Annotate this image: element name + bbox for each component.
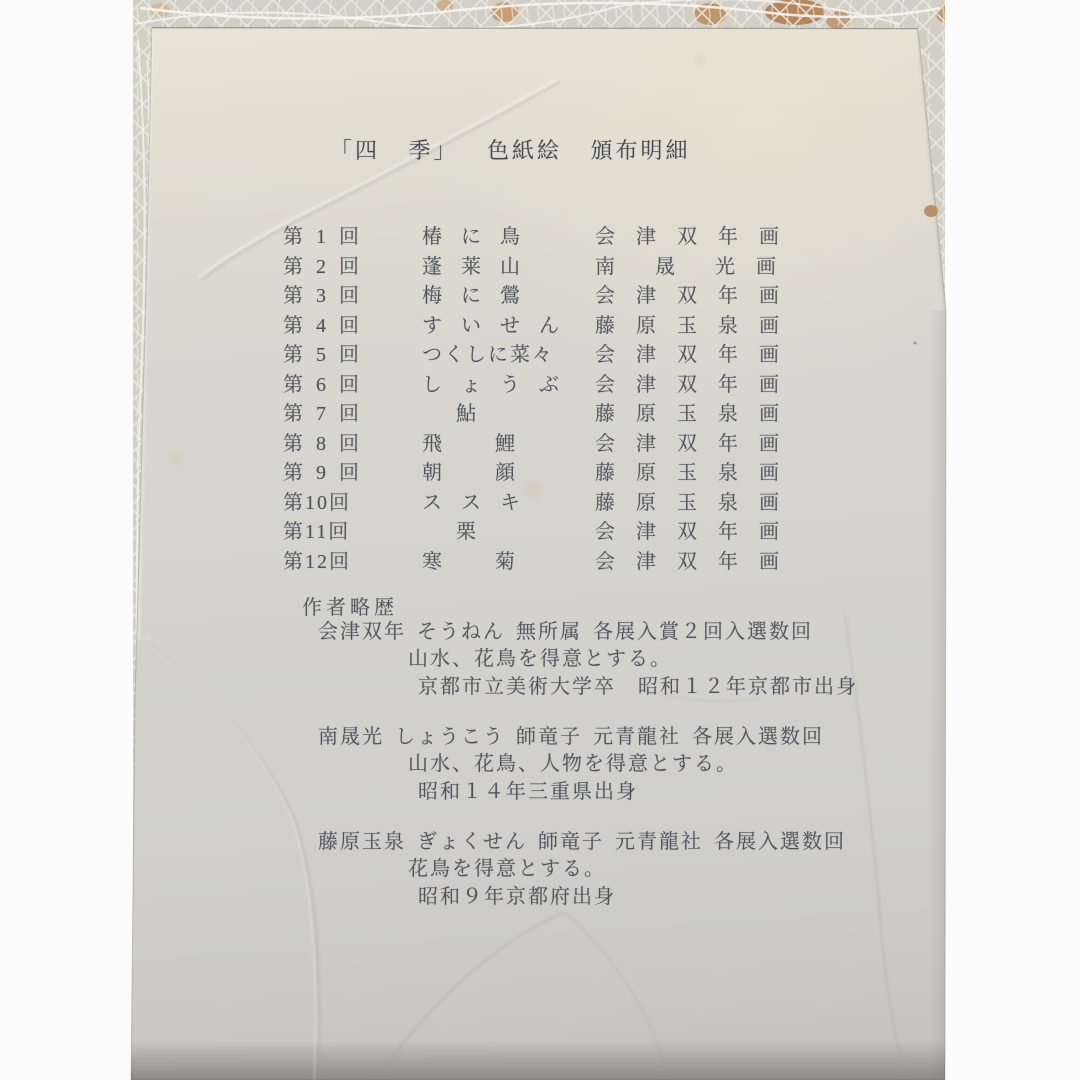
table-row: 第12回寒 菊会 津 双 年 画 (283, 545, 803, 575)
artist-name: 会 津 双 年 画 (595, 515, 781, 544)
artwork-title: し ょ う ぶ (422, 368, 595, 397)
artist-name: 藤 原 玉 泉 画 (595, 309, 781, 338)
artist-name: 会 津 双 年 画 (595, 427, 781, 456)
row-number: 第12回 (283, 545, 422, 574)
artwork-title: 寒 菊 (422, 545, 595, 574)
row-number: 第 2 回 (283, 250, 422, 279)
artist-bio: 南晟光 しょうこう 師竜子 元青龍社 各展入選数回 山水、花鳥、人物を得意とする… (318, 724, 824, 806)
artist-name: 藤 原 玉 泉 画 (595, 397, 781, 426)
artwork-title: 朝 顔 (422, 456, 595, 485)
table-row: 第 2 回蓬 莱 山南 晟 光 画 (283, 250, 803, 280)
bio-line-3: 京都市立美術大学卒 昭和１２年京都市出身 (418, 674, 858, 701)
artist-bio: 会津双年 そうねん 無所属 各展入賞２回入選数回 山水、花鳥を得意とする。 京都… (318, 619, 858, 701)
artist-bio: 藤原玉泉 ぎょくせん 師竜子 元青龍社 各展入選数回 花鳥を得意とする。 昭和９… (318, 829, 846, 911)
white-margin-left (0, 0, 133, 1080)
artist-name: 会 津 双 年 画 (595, 545, 781, 574)
artwork-title: つくしに菜々 (422, 338, 595, 367)
bio-line-2: 山水、花鳥、人物を得意とする。 (408, 751, 824, 778)
table-row: 第11回 栗会 津 双 年 画 (283, 515, 803, 545)
bio-line-3: 昭和１４年三重県出身 (418, 779, 824, 806)
artwork-title: 飛 鯉 (422, 427, 595, 456)
row-number: 第 8 回 (283, 427, 422, 456)
table-row: 第10回ス ス キ藤 原 玉 泉 画 (283, 486, 803, 516)
row-number: 第 9 回 (283, 456, 422, 485)
distribution-table: 第 1 回椿 に 鳥会 津 双 年 画 第 2 回蓬 莱 山南 晟 光 画 第 … (283, 220, 803, 574)
table-row: 第 6 回し ょ う ぶ会 津 双 年 画 (283, 368, 803, 398)
artist-name: 会 津 双 年 画 (595, 279, 781, 308)
bio-line-3: 昭和９年京都府出身 (418, 884, 846, 911)
row-number: 第11回 (283, 515, 422, 544)
artwork-title: 鮎 (422, 397, 595, 426)
artwork-title: す い せ ん (422, 309, 595, 338)
row-number: 第 5 回 (283, 338, 422, 367)
bio-line-1: 南晟光 しょうこう 師竜子 元青龍社 各展入選数回 (318, 724, 824, 751)
row-number: 第 4 回 (283, 309, 422, 338)
artist-name: 会 津 双 年 画 (595, 368, 781, 397)
table-row: 第 9 回朝 顔藤 原 玉 泉 画 (283, 456, 803, 486)
photo-of-document: 「四 季」 色紙絵 頒布明細 第 1 回椿 に 鳥会 津 双 年 画 第 2 回… (0, 0, 1080, 1080)
artwork-title: 梅 に 鶯 (422, 279, 595, 308)
bio-section-heading: 作者略歴 (302, 591, 398, 620)
table-row: 第 5 回つくしに菜々会 津 双 年 画 (283, 338, 803, 368)
row-number: 第 7 回 (283, 397, 422, 426)
table-row: 第 1 回椿 に 鳥会 津 双 年 画 (283, 220, 803, 250)
table-row: 第 4 回す い せ ん藤 原 玉 泉 画 (283, 309, 803, 339)
bio-line-1: 藤原玉泉 ぎょくせん 師竜子 元青龍社 各展入選数回 (318, 829, 846, 856)
artist-name: 藤 原 玉 泉 画 (595, 456, 781, 485)
row-number: 第10回 (283, 486, 422, 515)
artist-name: 南 晟 光 画 (595, 250, 778, 279)
artwork-title: 椿 に 鳥 (422, 220, 595, 249)
bio-line-1: 会津双年 そうねん 無所属 各展入賞２回入選数回 (318, 619, 858, 646)
artwork-title: ス ス キ (422, 486, 595, 515)
artwork-title: 蓬 莱 山 (422, 250, 595, 279)
row-number: 第 1 回 (283, 220, 422, 249)
row-number: 第 3 回 (283, 279, 422, 308)
artwork-title: 栗 (422, 515, 595, 544)
white-margin-right (945, 0, 1080, 1080)
artist-name: 会 津 双 年 画 (595, 220, 781, 249)
tan-speck (924, 205, 938, 217)
table-row: 第 7 回 鮎藤 原 玉 泉 画 (283, 397, 803, 427)
table-row: 第 8 回飛 鯉会 津 双 年 画 (283, 427, 803, 457)
artist-name: 会 津 双 年 画 (595, 338, 781, 367)
row-number: 第 6 回 (283, 368, 422, 397)
artist-name: 藤 原 玉 泉 画 (595, 486, 781, 515)
table-row: 第 3 回梅 に 鶯会 津 双 年 画 (283, 279, 803, 309)
document-title: 「四 季」 色紙絵 頒布明細 (330, 136, 691, 166)
bio-line-2: 花鳥を得意とする。 (408, 856, 846, 883)
bio-line-2: 山水、花鳥を得意とする。 (408, 646, 858, 673)
